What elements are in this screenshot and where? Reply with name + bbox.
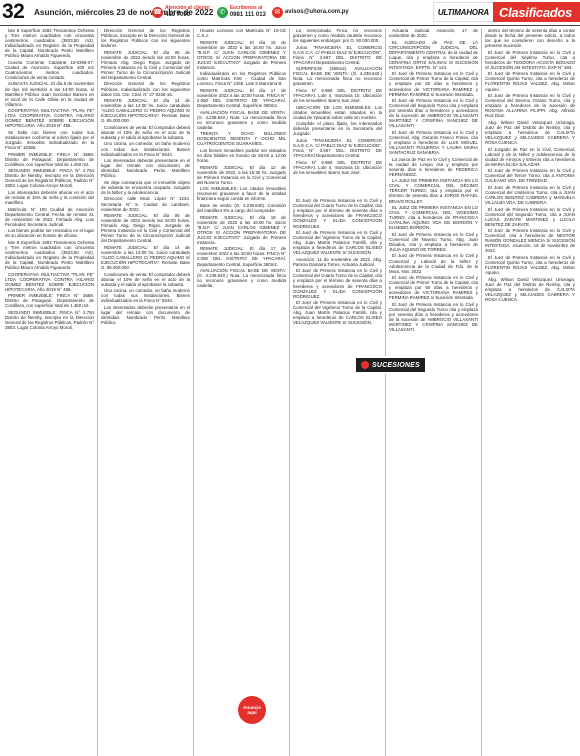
section-brand: ULTIMAHORA Clasificados xyxy=(433,2,580,22)
notice: Matrícula: N° 100 Ciudad de Asunción Dep… xyxy=(5,207,94,227)
sucesiones-section-banner: SUCESIONES xyxy=(356,356,464,374)
notice: lote 8 Superficie 1592 Trescientos Ochen… xyxy=(5,240,94,270)
notice: Dirección: calle Mcal. López N° 1234. Se… xyxy=(101,196,190,211)
sucesiones-label: SUCESIONES xyxy=(372,362,420,369)
issue-date: Asunción, miércoles 23 de noviembre de 2… xyxy=(30,8,152,17)
notice: El Juez de Primera Instancia en lo Civil… xyxy=(485,71,575,91)
notice: Los bienes podrán ser revisados en el lu… xyxy=(5,228,94,238)
section-title: Clasificados xyxy=(493,2,580,22)
notice: COOPERATIVA MULTIACTIVA "PLAN FE" LTDA C… xyxy=(5,272,94,292)
notice: Los bienes inmuebles podrán ser visitado… xyxy=(197,148,286,163)
notice: REMATE JUDICIAL: El día 12 de noviembre … xyxy=(197,165,286,185)
column-6: dentro del término de sesenta días a con… xyxy=(482,28,578,756)
notice: Asunción, 11 de noviembre de 2022. Abg. … xyxy=(293,257,382,267)
notice: REMATE JUDICIAL: El día 14 de noviembre … xyxy=(101,98,190,123)
notice: Uno cocina, un comedor, un baño moderno … xyxy=(101,288,190,303)
newspaper-logo: ULTIMAHORA xyxy=(433,2,493,22)
notice: REMATE JUDICIAL: El día 14 de noviembre … xyxy=(101,245,190,270)
contact-email-value: avisos@uhora.com.py xyxy=(285,9,349,16)
notice: REMATE JUDICIAL: El día 17 de noviembre … xyxy=(197,88,286,108)
notice: LOS INMUEBLES: Los citados inmuebles rec… xyxy=(197,186,286,201)
notice: Los interesados deberán presentarse en e… xyxy=(101,158,190,178)
advertise-here-badge[interactable]: Anuncie aquí xyxy=(238,696,266,724)
page-header: 32 Asunción, miércoles 23 de noviembre d… xyxy=(0,0,580,24)
column-2: Dirección General de los Registros Públi… xyxy=(98,28,194,756)
phone-icon: ☎ xyxy=(152,7,163,18)
notice: SUBASTA JUDICIAL: El día 9 de noviembre … xyxy=(5,81,94,106)
notice: SEGUNDO INMUEBLE: FINCA N° 2.784 Distrit… xyxy=(5,310,94,330)
notice: El Juez de Primera Instancia en lo Civil… xyxy=(389,253,478,273)
notice: Cuenta Corriente Catastral 13-0296-07. C… xyxy=(5,60,94,80)
notice: El Juez de Primera Instancia en lo Civil… xyxy=(485,255,575,275)
notice: SEGUNDO INMUEBLE: FINCA N° 2.784 Distrit… xyxy=(5,168,94,188)
notice: lote 8 Superficie 1592 Trescientos Ochen… xyxy=(5,28,94,58)
notice: Dirección General de los Registros Públi… xyxy=(101,81,190,96)
notice: REMATE JUDICIAL: El día 18 de noviembre … xyxy=(197,40,286,70)
notice: EL JUZGADO de PAZ DE LA CIRCUNSCRIPCIÓN … xyxy=(389,40,478,70)
notice: El Juez de Primera Instancia en lo Civil… xyxy=(293,198,382,228)
page-number: 32 xyxy=(0,0,30,24)
contact-whatsapp[interactable]: ✆ Escríbenos al 0981 111 013 xyxy=(217,5,266,19)
notice: El Juez de Primera Instancia en lo Civil… xyxy=(389,98,478,128)
column-3: Houder Lezcano con Matrícula N° 10-CE C.… xyxy=(194,28,290,756)
notice: REMATE JUDICIAL: El día 18 de noviembre … xyxy=(197,215,286,245)
column-1: lote 8 Superficie 1592 Trescientos Ochen… xyxy=(2,28,98,756)
notice: SUPERFICIE (360m2). AVALUACIÓN FISCAL BA… xyxy=(293,66,382,86)
notice: dentro del término de sesenta días a con… xyxy=(485,28,575,48)
notice: Uno cocina, un comedor, un baño moderno … xyxy=(101,141,190,156)
notice: Los interesados deberán abonar en el act… xyxy=(5,190,94,205)
notice: Los interesados deberán presentarse en e… xyxy=(101,305,190,325)
header-divider xyxy=(0,25,580,26)
notice: El Juez de Primera Instancia en lo Civil… xyxy=(293,300,382,325)
notice: Se deja constancia que el inmueble objet… xyxy=(101,180,190,195)
notice: Houder Lezcano con Matrícula N° 10-CE C.… xyxy=(197,28,286,38)
notice: Condiciones de venta: El comprador deber… xyxy=(101,272,190,287)
notice: Actuaria Judicial. Asunción, 17 de novie… xyxy=(389,28,478,38)
notice: AVALUACIÓN FISCAL BASE DE VENTA: (G. 4.2… xyxy=(197,268,286,288)
notice: El Juez de Primera Instancia en lo Civil… xyxy=(293,268,382,298)
contact-phone[interactable]: ☎ Atención al cliente: 415 7000 xyxy=(152,5,211,19)
column-4: La mencionada Finca no reconoce gravamen… xyxy=(290,28,386,756)
notice: El Juzgado de Paz en lo Civil, Comercial… xyxy=(485,147,575,167)
notice: El Juez de Primera Instancia en lo Civil… xyxy=(389,232,478,252)
contact-phone-value: 415 7000 xyxy=(165,12,211,19)
notice: El Juez de Primera Instancia en lo Civil… xyxy=(485,207,575,227)
notice: Finca N° 6.995 DEL DISTRITO DE YPACARAÍ.… xyxy=(293,160,382,175)
notice: El Juez de Primera Instancia en lo Civil… xyxy=(485,93,575,118)
notice: REMATE JUDICIAL: El día 06 de noviembre … xyxy=(101,50,190,80)
bullet-icon xyxy=(361,361,369,369)
notice: REMATE JUDICIAL: El día 17 de noviembre … xyxy=(197,246,286,266)
notice: Dirección General de los Registros Públi… xyxy=(101,28,190,48)
notice: Abg. Wilson David Velazquez Uriunaga, Ju… xyxy=(485,277,575,302)
notice: Cumplido el plazo fijado, los interesado… xyxy=(293,121,382,136)
notice: COOPERATIVA MULTIACTIVA "PLAN FE" LTDA C… xyxy=(5,108,94,128)
notice: El Juez de Primera Instancia en lo Civil… xyxy=(389,275,478,300)
notice: PRIMER INMUEBLE: FINCA N° 3588. Distrito… xyxy=(5,293,94,308)
notice: El Juez de Primera Instancia en lo Civil… xyxy=(485,228,575,253)
notice: Base de venta: (G. 4.238.640). Comisión … xyxy=(197,203,286,213)
notice: Se halla con bienes con todas sus instal… xyxy=(5,130,94,150)
contact-phone-label: Atención al cliente: xyxy=(165,5,211,12)
whatsapp-icon: ✆ xyxy=(217,7,228,18)
column-5: Actuaria Judicial. Asunción, 17 de novie… xyxy=(386,28,482,756)
notice: REMATE JUDICIAL: El día 06 de noviembre … xyxy=(101,213,190,243)
notice: LA JUEZ DE PRIMERA INSTANCIA EN LO CIVIL… xyxy=(389,178,478,203)
email-icon: ✉ xyxy=(272,7,283,18)
notice: Juicio "FINANCIERA EL COMERCIO S.A.E.C.A… xyxy=(293,138,382,158)
notice: La mencionada Finca no reconoce gravamen… xyxy=(293,28,382,43)
notice: AVALUACIÓN FISCAL BASE DE VENTA: (G. 4.2… xyxy=(197,110,286,130)
notice: El Juez de Primera Instancia en lo Civil… xyxy=(485,185,575,205)
notice: EL JUEZ DE PRIMERA INSTANCIA EN LO CIVIL… xyxy=(389,205,478,230)
notice: El Juez de Primera Instancia en lo Civil… xyxy=(389,302,478,332)
notice: UBICACIÓN DE LOS INMUEBLES: Los citados … xyxy=(293,105,382,120)
notice: Individualizado en los Registros Público… xyxy=(197,71,286,86)
contact-whatsapp-label: Escríbenos al xyxy=(230,5,266,12)
notice: Abg. Wilson David Velazquez Uriunaga, Ju… xyxy=(485,120,575,145)
notice: Juicio "FINANCIERA EL COMERCIO S.A.E.C.A… xyxy=(293,45,382,65)
banner-spacer xyxy=(293,176,382,198)
contact-whatsapp-value: 0981 111 013 xyxy=(230,12,266,19)
advertise-here-label: Anuncie aquí xyxy=(238,705,266,715)
notice: Condiciones de venta: El comprador deber… xyxy=(101,125,190,140)
notice: El Juez de Primera Instancia en lo Civil… xyxy=(389,130,478,155)
notice: Finca N° 6.995 DEL DISTRITO DE YPACARAÍ.… xyxy=(293,88,382,103)
notice: El Juez de Primera Instancia en lo Civil… xyxy=(389,71,478,96)
contact-email[interactable]: ✉ avisos@uhora.com.py xyxy=(272,7,349,18)
classifieds-columns: lote 8 Superficie 1592 Trescientos Ochen… xyxy=(2,28,578,756)
notice: El Juez de Primera Instancia en lo Civil… xyxy=(485,50,575,70)
notice: TREINTA Y OCHO MILLONES DOSCIENTOS SESEN… xyxy=(197,131,286,146)
notice: El Juez de Primera Instancia en lo Civil… xyxy=(293,230,382,255)
notice: El Juez de Primera Instancia en lo Civil… xyxy=(485,168,575,183)
notice: PRIMER INMUEBLE: FINCA N° 3588. Distrito… xyxy=(5,152,94,167)
notice: La Jueza de Paz en lo Civil y Comercial … xyxy=(389,157,478,177)
